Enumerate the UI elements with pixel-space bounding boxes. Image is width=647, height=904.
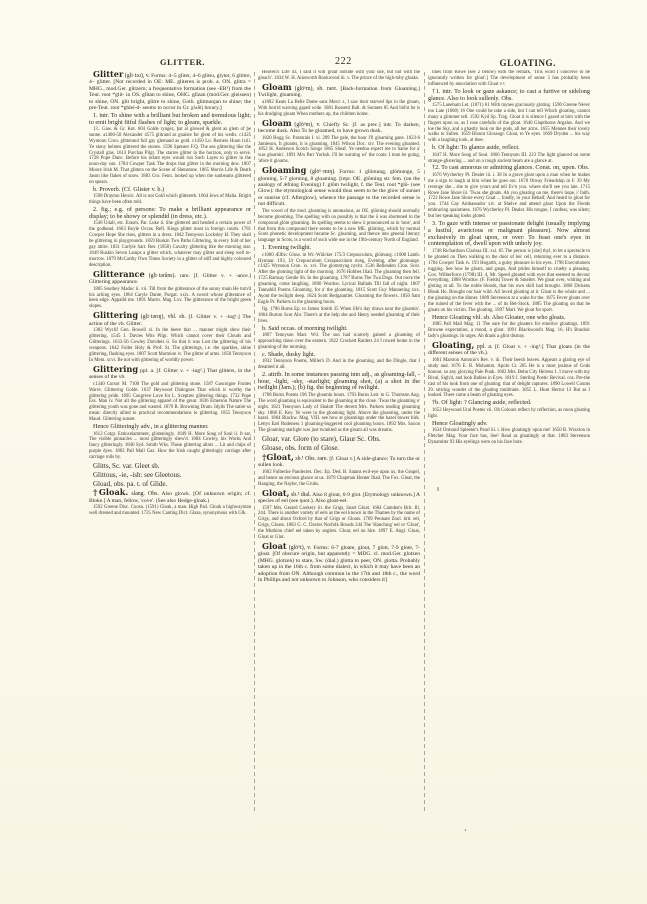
sense-definition: c. Shade, dusky light. — [258, 352, 420, 359]
quotation-block: 1548 Udall, etc. Erasm. Par. Luke ii. Sh… — [89, 221, 251, 268]
cross-reference: Glittous, -ie, -ish: see Gleetous. — [89, 471, 251, 479]
cross-reference: Gload, obs. pa. t. of Glide. — [89, 480, 251, 488]
quotation-block: 1805 Southey Madoc ii. vii. Till from th… — [89, 287, 251, 311]
quotation-block: 1592 Greene Disc. Coosn. (1591) Gloak, a… — [89, 505, 251, 517]
dictionary-entry: Gloat, sb.² dial. Also 8 glout, 6-9 glot… — [258, 489, 420, 505]
dictionary-entry: Glitterance (gli·tərǎns). rare. [f. Glit… — [89, 270, 251, 286]
quotation-block: lines from Rowe (see 2 below) with the r… — [428, 70, 590, 88]
quotation-block: 1598 Drayton Heroic. All is not Gold whi… — [89, 194, 251, 206]
dictionary-entry: †Gloat, sb.¹ Obs. rare. [f. Gloat v.] A … — [258, 453, 420, 469]
column-middle: Heaven's Life 43, I said it will groat o… — [258, 70, 420, 790]
quotation-block: 1748 Richardson Clarissa III. xxi. 85 Th… — [428, 249, 590, 314]
quotation-block: 1601 Marston Antonio's Rev. v. iii. Thei… — [428, 358, 590, 399]
quotation-block: c1340 Cursor M. 7100 The gold and glitte… — [89, 382, 251, 423]
sense-definition: 1. Evening twilight. — [258, 245, 420, 252]
column-right: lines from Rowe (see 2 below) with the r… — [428, 70, 590, 760]
column-divider — [424, 72, 425, 812]
sense-definition: 3. To gaze with intense or passionate de… — [428, 221, 590, 248]
dictionary-entry: Glittering (gli·tərɪŋ), vbl. sb. [f. Gli… — [89, 311, 251, 327]
definition-text: Forms: 4–5 gliter, 4–6 gliteɹ, glyter, 6… — [89, 73, 251, 111]
sense-definition: 2. fig.; e.g. of persons: To make a bril… — [89, 207, 251, 221]
headword: Gloating, — [432, 340, 474, 350]
dictionary-entry: Gloam (glōᵘm), v. Chiefly Sc. [f. as pre… — [258, 119, 420, 135]
quotation-block: 1676 Wycherley Pl. Dealer iii. i. 38 In … — [428, 173, 590, 220]
pronunciation: sb.² dial. — [290, 492, 312, 498]
quotation-block: 1634 Ormond Spleeter's Pearl iii. i. How… — [428, 428, 590, 446]
quotation-block: 1382 Wyclif Gen. Rowell xi. In the heere… — [89, 328, 251, 363]
quotation-block: 1652 Heywood Ural Poetes vii. Oh Colours… — [428, 408, 590, 420]
quotation-block: 1612 Cotgr. Estincelamment, glisteningly… — [89, 432, 251, 462]
cross-reference: Gloar, var. Glore (to stare), Glaur Sc. … — [258, 435, 420, 443]
quotation-block: 1602 Fulbecke Pandectes. Dec. Ep. Ded. B… — [258, 470, 420, 488]
sense-definition: Hence Glitteringly adv., in a glittering… — [89, 424, 251, 431]
dictionary-entry: †Gloak. slang. Obs. Also glowk. [Of unkn… — [89, 488, 251, 504]
page-number: 222 — [335, 56, 352, 67]
margin-mark — [437, 487, 439, 491]
dictionary-entry: Gloat (glōᵘt), v. Forms: 6-7 gloate, glo… — [258, 542, 420, 584]
sense-definition: b. Of light: To glance aside, reflect. — [428, 145, 590, 152]
headword: Gloat, — [262, 488, 290, 498]
right-guide-word: GLOATING. — [500, 58, 557, 68]
quotation-block: 13.. Gaw. & Gr. Knt. 604 Golde ryngez, þ… — [89, 127, 251, 186]
sense-definition: b. Proverb. (Cf. Glister v. b.) — [89, 187, 251, 194]
quotation-block: 1788 Burns Poems 196 The gloamin hours. … — [258, 393, 420, 434]
dictionary-entry: Gloaming (glōᵘ·mɪŋ). Forms: 1 glōmung, g… — [258, 166, 420, 208]
sense-definition: Hence Gloating vbl. sb. Also Gloater, on… — [428, 315, 590, 322]
sense-definition: 2. attrib. In some instances passing int… — [258, 372, 420, 392]
headword: Glittering — [93, 364, 138, 374]
pronunciation: (glōᵘ·mɪŋ). — [306, 169, 335, 175]
pronunciation: sb.¹ Obs. rare. — [294, 456, 328, 462]
quotation-block: The vowel of the mod. gloaming is anomal… — [258, 209, 420, 244]
quotation-block: Heaven's Life 43, I said it will groat o… — [258, 70, 420, 82]
sense-definition: †1. intr. To look or gaze askance; to ca… — [428, 89, 590, 103]
dictionary-entry: Glitter (gli·təɹ), v. Forms: 4–5 gliter,… — [89, 70, 251, 112]
sense-definition: †b. Of light: ? Glancing aside, reflecte… — [428, 400, 590, 407]
sense-definition: 1. intr. To shine with a brilliant but b… — [89, 113, 251, 127]
quotation-block: a1802 Keats La Belle Dame sans Merci x, … — [258, 100, 420, 118]
running-head: GLITTER. 222 GLOATING. — [88, 56, 596, 70]
quotation-block: 1885 Pall Mall Mag. 11 The sure for the … — [428, 322, 590, 340]
left-guide-word: GLITTER. — [160, 58, 205, 67]
headword: Glitter — [93, 70, 123, 79]
headword: Gloam — [262, 82, 292, 92]
headword: Glittering — [93, 310, 138, 320]
definition-text: Forms: 6-7 gloate, glout, 7 glott, 7-9 g… — [258, 545, 420, 583]
headword: Glitterance — [93, 269, 145, 279]
column-left: Glitter (gli·təɹ), v. Forms: 4–5 gliter,… — [89, 70, 251, 790]
definition-text: Forms: 1 glōmung, glōmunge, 5 gloming, 5… — [258, 169, 420, 207]
headword: Gloaming — [262, 165, 306, 175]
pronunciation: slang. Obs. — [128, 491, 159, 497]
quotation-block: 1597 Mrs. Gerard Cookery iii. the Grigs,… — [258, 506, 420, 541]
cross-reference: Gloase, obs. form of Glose. — [258, 444, 420, 452]
sense-definition: †2. To cast amorous or admiring glances.… — [428, 165, 590, 172]
quotation-block: 1575 Laneham Let. (1871) 61 With mynes g… — [428, 103, 590, 144]
quotation-block: 1832 Tennyson Poems, Miller's D. And in … — [258, 359, 420, 371]
dictionary-entry: Glittering ppl. a. [f. Glitter v. + -ing… — [89, 365, 251, 381]
headword: Gloat — [262, 541, 287, 551]
pronunciation: (gli·təɹ), v. — [123, 73, 149, 79]
pronunciation: (glōᵘm), v. — [292, 122, 321, 128]
pronunciation: (gli·tərɪŋ), vbl. sb. — [138, 314, 186, 320]
sense-definition: Hence Gloatingly adv. — [428, 421, 590, 428]
headword: Gloam — [262, 118, 292, 128]
quotation-block: c1000 Ælfric Gloss. in Wr.-Wülcker 175/3… — [258, 253, 420, 306]
dictionary-entry: Gloating, ppl. a. [f. Gloat v. + -ing².]… — [428, 341, 590, 357]
column-divider — [254, 72, 255, 812]
quotation-block: 1807 Tennyson Marr. Wd. The sun had scar… — [258, 333, 420, 351]
pronunciation: (glōᵘm), sb. rare. — [292, 86, 338, 92]
cross-reference: Glitts, Sc. var. Gleet sb. — [89, 462, 251, 470]
headword: †Gloak. — [93, 487, 128, 497]
headword: †Gloat, — [262, 452, 294, 462]
dictionary-page: GLITTER. 222 GLOATING. Glitter (gli·təɹ)… — [0, 0, 647, 904]
pronunciation: (gli·tərǎns). — [145, 273, 176, 279]
quotation-block: 1820 Hogg Sc. Pastorals I. xi. 289 The g… — [258, 136, 420, 166]
dictionary-entry: Gloam (glōᵘm), sb. rare. [Back-formation… — [258, 83, 420, 99]
quotation-block: fig. 1786 Burns Ep. to James Smith 35 Wh… — [258, 307, 420, 325]
page-speck — [465, 829, 466, 831]
sense-definition: b. Said occas. of morning twilight. — [258, 326, 420, 333]
quotation-block: 1647 H. More Song of Soul. 1866 Tennyson… — [428, 153, 590, 165]
